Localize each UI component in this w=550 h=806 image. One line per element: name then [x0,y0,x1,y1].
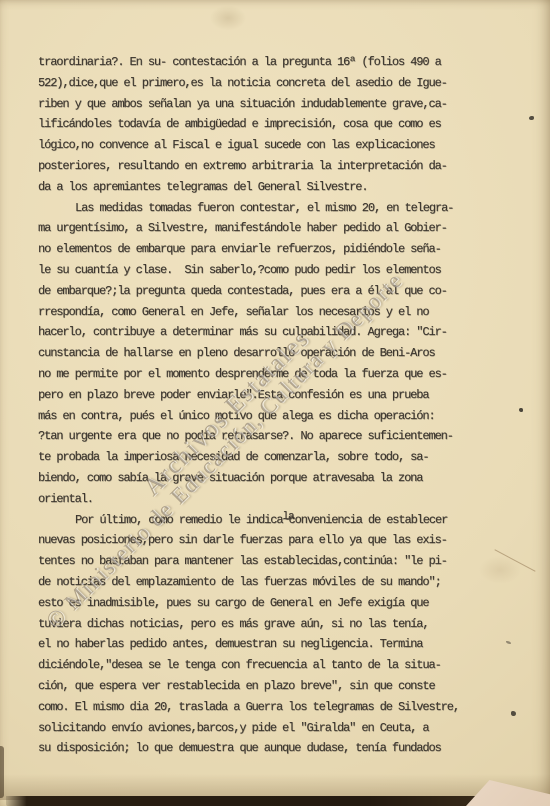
typed-line: esto es inadmisible, pues su cargo de Ge… [38,593,518,614]
typed-line: da a los apremiantes telegramas del Gene… [38,177,518,198]
left-edge-shadow [0,746,4,798]
ink-speck [519,408,523,412]
typed-line: lógico,no convence al Fiscal e igual suc… [38,135,518,156]
typed-line: oriental. [38,489,518,510]
typed-line: tuviera dichas noticias, pero es más gra… [38,614,518,635]
typed-line: no me permite por el momento desprenderm… [38,364,518,385]
typed-line: no elementos de embarque para enviarle r… [38,239,518,260]
typed-line: traordinaria?. En su- contestación a la … [38,52,518,73]
typed-line: como. El mismo dia 20, traslada a Guerra… [38,697,518,718]
document-page: traordinaria?. En su- contestación a la … [0,0,550,806]
typed-line: hacerlo, contribuye a determinar más su … [38,322,518,343]
ink-speck [511,711,516,716]
typed-line: riben y que ambos señalan ya una situaci… [38,94,518,115]
typed-line: Las medidas tomadas fueron contestar, el… [38,198,518,219]
scan-edge-band [6,796,522,806]
typed-line: pero en plazo breve poder enviarle".Esta… [38,385,518,406]
typed-line: nuevas posiciones,pero sin darle fuerzas… [38,530,518,551]
typed-line: su disposición; lo que demuestra que aun… [38,738,518,759]
typed-line: el no haberlas pedido antes, demuestran … [38,634,518,655]
typed-line: diciéndole,"desea se le tenga con frecue… [38,655,518,676]
typed-line: solicitando envío aviones,barcos,y pide … [38,718,518,739]
typed-line: ma urgentísimo, a Silvestre, manifestánd… [38,218,518,239]
typed-line: más en contra, pués el único motivo que … [38,406,518,427]
ink-speck [529,116,534,120]
typed-line: tentes no bastaban para mantener las est… [38,551,518,572]
typed-line: de embarque?;la pregunta queda contestad… [38,281,518,302]
typed-line: de noticias del emplazamiento de las fue… [38,572,518,593]
typed-line: cunstancia de hallarse en pleno desarrol… [38,343,518,364]
typed-text: traordinaria?. En su- contestación a la … [38,52,518,759]
typed-line: lificándoles todavía de ambigüedad e imp… [38,114,518,135]
typed-line: biendo, como sabía la grave situación po… [38,468,518,489]
typed-line: 522),dice,que el primero,es la noticia c… [38,73,518,94]
typed-line: Por último, como remedio le indicala~con… [38,510,518,531]
typed-line: ?tan urgente era que no podía retrasarse… [38,426,518,447]
typed-line: rrespondía, como General en Jefe, señala… [38,302,518,323]
typed-line: te probada la imperiosa necesidad de com… [38,447,518,468]
ink-speck [506,641,511,644]
typed-line: le su cuantía y clase. Sin saberlo,?como… [38,260,518,281]
typed-line: posteriores, resultando en extremo arbit… [38,156,518,177]
typed-line: ción, que espera ver restablecida en pla… [38,676,518,697]
